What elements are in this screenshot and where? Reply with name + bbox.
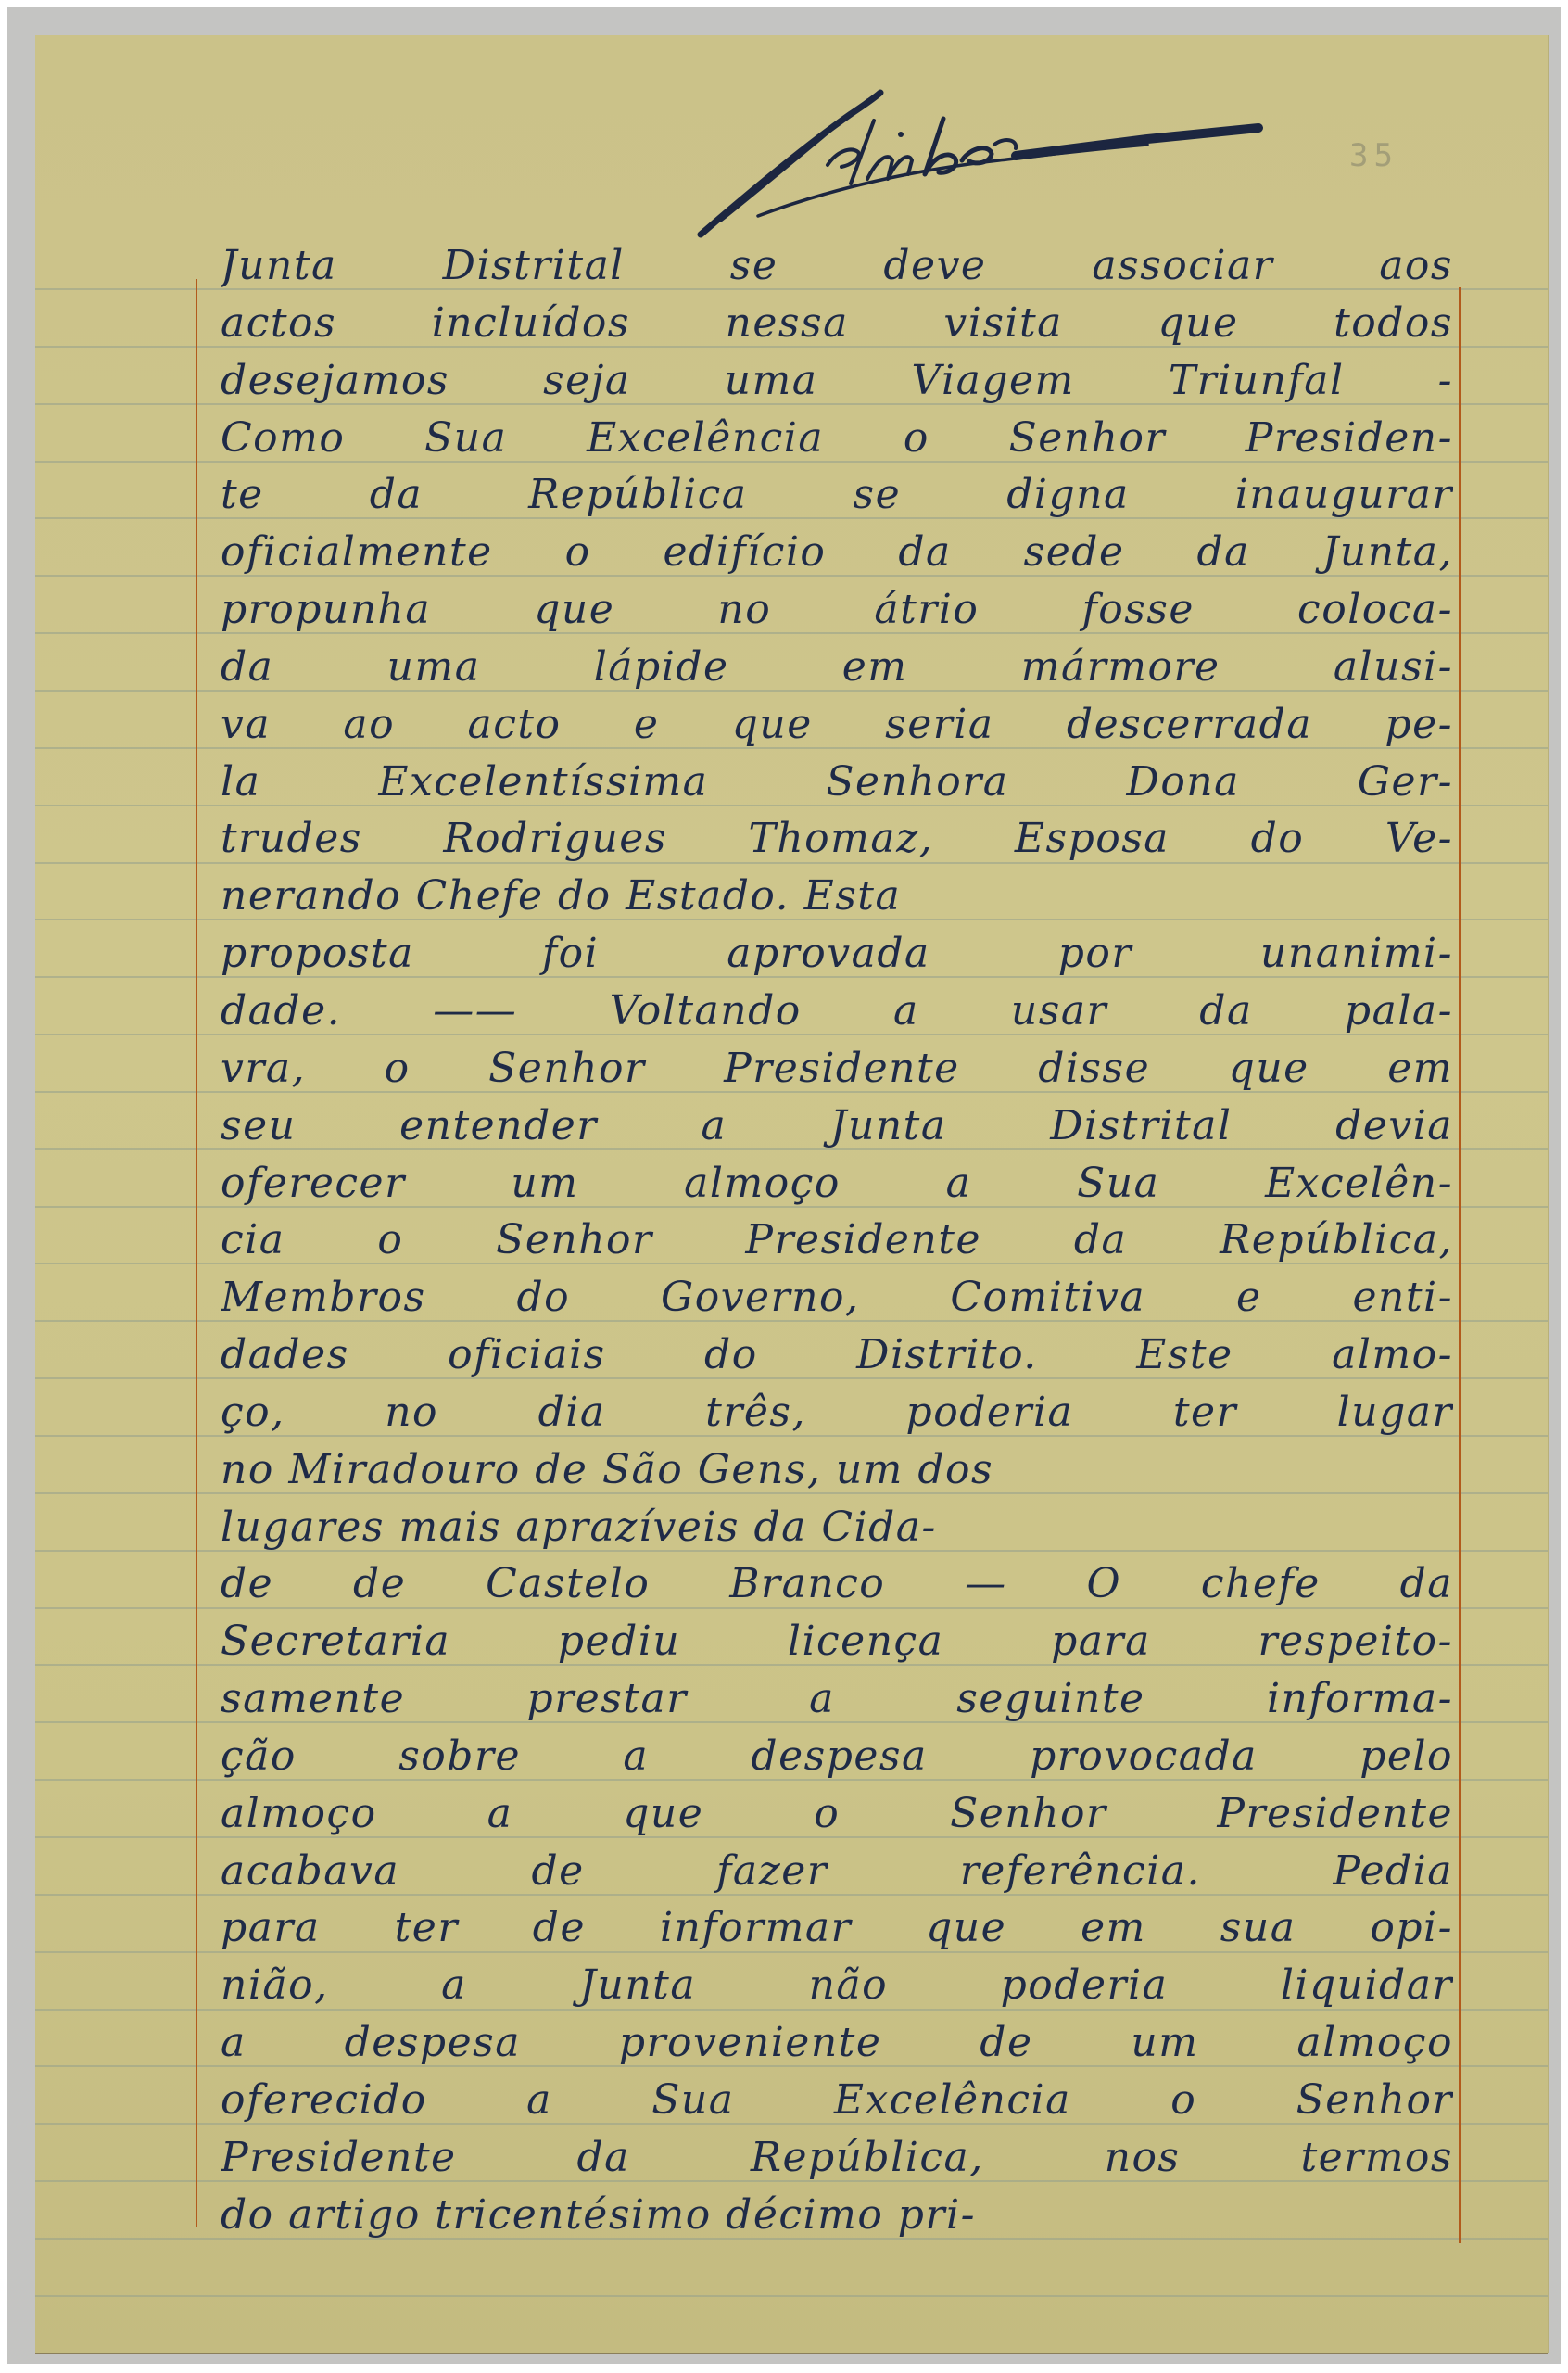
text-line: do artigo tricentésimo décimo pri- bbox=[221, 2187, 1453, 2244]
text-line: no Miradouro de São Gens, um dos bbox=[221, 1441, 1453, 1499]
text-line: va ao acto e que seria descerrada pe- bbox=[221, 696, 1453, 754]
text-line: cia o Senhor Presidente da República, bbox=[221, 1212, 1453, 1269]
text-line: dades oficiais do Distrito. Este almo- bbox=[221, 1326, 1453, 1384]
text-line: almoço a que o Senhor Presidente bbox=[221, 1785, 1453, 1843]
text-line: oferecer um almoço a Sua Excelên- bbox=[221, 1155, 1453, 1212]
text-line: Membros do Governo, Comitiva e enti- bbox=[221, 1269, 1453, 1326]
text-line: actos incluídos nessa visita que todos bbox=[221, 295, 1453, 352]
text-line: te da República se digna inaugurar bbox=[221, 466, 1453, 524]
text-line: proposta foi aprovada por unanimi- bbox=[221, 925, 1453, 983]
text-line: Como Sua Excelência o Senhor Presiden- bbox=[221, 410, 1453, 467]
text-line: a despesa proveniente de um almoço bbox=[221, 2014, 1453, 2072]
right-margin-line bbox=[1459, 287, 1461, 2243]
text-line: samente prestar a seguinte informa- bbox=[221, 1670, 1453, 1728]
signature-icon: Signature bbox=[665, 72, 1333, 258]
text-line: nerando Chefe do Estado. Esta bbox=[221, 868, 1453, 925]
text-line: ço, no dia três, poderia ter lugar bbox=[221, 1384, 1453, 1441]
text-line: la Excelentíssima Senhora Dona Ger- bbox=[221, 754, 1453, 811]
text-line: para ter de informar que em sua opi- bbox=[221, 1899, 1453, 1957]
text-line: lugares mais aprazíveis da Cida- bbox=[221, 1499, 1453, 1556]
text-line: seu entender a Junta Distrital devia bbox=[221, 1098, 1453, 1155]
text-line: oficialmente o edifício da sede da Junta… bbox=[221, 524, 1453, 581]
text-line: Junta Distrital se deve associar aos bbox=[221, 237, 1453, 295]
handwritten-text: Junta Distrital se deve associar aosacto… bbox=[221, 237, 1453, 2244]
text-line: nião, a Junta não poderia liquidar bbox=[221, 1957, 1453, 2014]
text-line: Presidente da República, nos termos bbox=[221, 2129, 1453, 2187]
text-line: oferecido a Sua Excelência o Senhor bbox=[221, 2072, 1453, 2129]
page-number: 35 bbox=[1349, 137, 1398, 174]
text-line: desejamos seja uma Viagem Triunfal - bbox=[221, 352, 1453, 410]
text-line: vra, o Senhor Presidente disse que em bbox=[221, 1040, 1453, 1098]
text-line: dade. —— Voltando a usar da pala- bbox=[221, 983, 1453, 1040]
text-line: Secretaria pediu licença para respeito- bbox=[221, 1613, 1453, 1670]
text-line: de de Castelo Branco — O chefe da bbox=[221, 1555, 1453, 1613]
text-line: da uma lápide em mármore alusi- bbox=[221, 639, 1453, 696]
text-line: propunha que no átrio fosse coloca- bbox=[221, 581, 1453, 639]
text-line: ção sobre a despesa provocada pelo bbox=[221, 1728, 1453, 1785]
scan-frame: Signature 35 Junta Distrital se deve ass… bbox=[7, 7, 1561, 2364]
left-margin-line bbox=[196, 279, 197, 2227]
text-line: acabava de fazer referência. Pedia bbox=[221, 1843, 1453, 1900]
text-line: trudes Rodrigues Thomaz, Esposa do Ve- bbox=[221, 810, 1453, 868]
rule-line bbox=[35, 2295, 1548, 2297]
ledger-page: Signature 35 Junta Distrital se deve ass… bbox=[35, 35, 1548, 2353]
